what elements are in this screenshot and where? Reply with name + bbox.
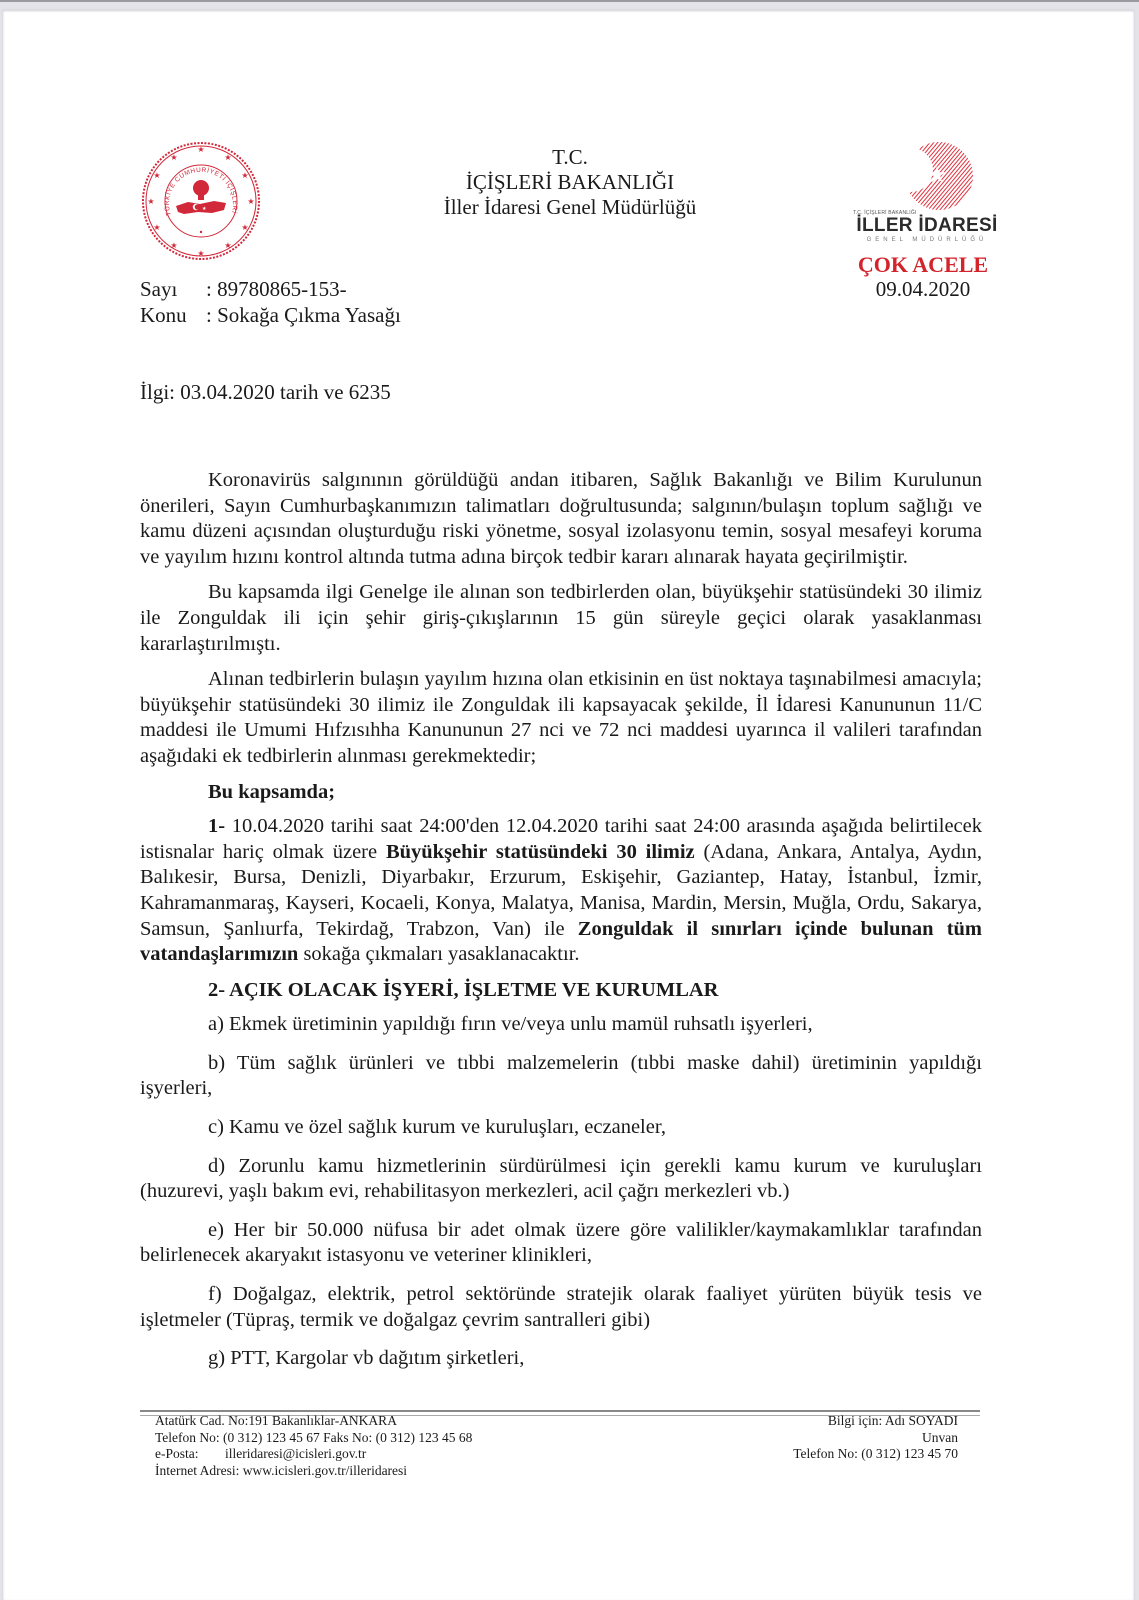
paragraph-4: Bu kapsamda; xyxy=(140,780,982,806)
ministry-seal-icon: ★ ★ ★ ★ ★ ★ ★ ★ ★ ★ ★ ★ TÜRKİYE CUMHURİY… xyxy=(140,140,262,262)
paragraph-3: Alınan tedbirlerin bulaşın yayılım hızın… xyxy=(140,667,982,769)
svg-text:★: ★ xyxy=(197,249,204,258)
svg-text:★: ★ xyxy=(170,153,177,162)
item-1-bold-a: Büyükşehir statüsündeki 30 ilimiz xyxy=(386,841,695,863)
item-1-number: 1- xyxy=(208,815,225,837)
urgency-label: ÇOK ACELE xyxy=(838,252,1008,278)
list-item: f) Doğalgaz, elektrik, petrol sektöründe… xyxy=(140,1282,982,1333)
paragraph-2: Bu kapsamda ilgi Genelge ile alınan son … xyxy=(140,580,982,657)
sayi-row: Sayı: 89780865-153- xyxy=(140,276,401,302)
konu-row: Konu: Sokağa Çıkma Yasağı xyxy=(140,302,401,328)
list-item: g) PTT, Kargolar vb dağıtım şirketleri, xyxy=(140,1346,982,1372)
list-item: a) Ekmek üretiminin yapıldığı fırın ve/v… xyxy=(140,1012,982,1038)
svg-text:★: ★ xyxy=(224,153,231,162)
svg-text:★: ★ xyxy=(247,197,254,206)
svg-text:★: ★ xyxy=(197,145,204,154)
letterhead: T.C. İÇİŞLERİ BAKANLIĞI İller İdaresi Ge… xyxy=(420,145,720,220)
svg-text:★: ★ xyxy=(241,223,248,232)
document-meta: Sayı: 89780865-153- Konu: Sokağa Çıkma Y… xyxy=(140,276,401,328)
list-item: e) Her bir 50.000 nüfusa bir adet olmak … xyxy=(140,1218,982,1269)
footer-email-row: e-Posta:illeridaresi@icisleri.gov.tr xyxy=(155,1446,472,1463)
document-date: 09.04.2020 xyxy=(838,277,1008,302)
svg-text:★: ★ xyxy=(224,241,231,250)
footer-email-label: e-Posta: xyxy=(155,1446,225,1463)
paragraph-1: Koronavirüs salgınının görüldüğü andan i… xyxy=(140,468,982,570)
svg-text:★: ★ xyxy=(147,197,154,206)
sayi-label: Sayı xyxy=(140,276,206,302)
konu-label: Konu xyxy=(140,302,206,328)
svg-text:★: ★ xyxy=(202,206,207,212)
svg-text:★: ★ xyxy=(153,223,160,232)
logo-main-text: İLLER İDARESİ xyxy=(853,216,1001,236)
footer-info-name: Bilgi için: Adı SOYADI xyxy=(700,1413,958,1430)
svg-text:★: ★ xyxy=(241,171,248,180)
window-top-border xyxy=(0,0,1139,2)
footer-info-phone: Telefon No: (0 312) 123 45 70 xyxy=(700,1446,958,1463)
svg-text:★: ★ xyxy=(170,241,177,250)
svg-text:★: ★ xyxy=(153,171,160,180)
footer-phone-fax: Telefon No: (0 312) 123 45 67 Faks No: (… xyxy=(155,1430,472,1447)
header-tc: T.C. xyxy=(420,145,720,170)
item-1-text-c: sokağa çıkmaları yasaklanacaktır. xyxy=(298,943,579,965)
sayi-value: : 89780865-153- xyxy=(206,277,347,301)
reference-line: İlgi: 03.04.2020 tarih ve 6235 xyxy=(140,380,391,405)
footer-address: Atatürk Cad. No:191 Bakanlıklar-ANKARA xyxy=(155,1413,472,1430)
footer-info: Bilgi için: Adı SOYADI Unvan Telefon No:… xyxy=(700,1413,958,1463)
item-1: 1- 10.04.2020 tarihi saat 24:00'den 12.0… xyxy=(140,814,982,968)
footer-info-title: Unvan xyxy=(700,1430,958,1447)
footer-email[interactable]: illeridaresi@icisleri.gov.tr xyxy=(225,1446,366,1461)
list-item: b) Tüm sağlık ürünleri ve tıbbi malzemel… xyxy=(140,1051,982,1102)
footer-web[interactable]: İnternet Adresi: www.icisleri.gov.tr/ill… xyxy=(155,1463,472,1480)
iller-idaresi-brand: T.C. İÇİŞLERİ BAKANLIĞI İLLER İDARESİ GE… xyxy=(853,210,1001,244)
header-ministry: İÇİŞLERİ BAKANLIĞI xyxy=(420,170,720,195)
list-item: d) Zorunlu kamu hizmetlerinin sürdürülme… xyxy=(140,1154,982,1205)
document-body: Koronavirüs salgınının görüldüğü andan i… xyxy=(140,468,982,1385)
list-item: c) Kamu ve özel sağlık kurum ve kuruluşl… xyxy=(140,1115,982,1141)
section-2-title: 2- AÇIK OLACAK İŞYERİ, İŞLETME VE KURUML… xyxy=(140,978,982,1004)
logo-sub-text: GENEL MÜDÜRLÜĞÜ xyxy=(853,236,1001,244)
svg-text:★: ★ xyxy=(927,162,947,187)
footer-contact: Atatürk Cad. No:191 Bakanlıklar-ANKARA T… xyxy=(155,1413,472,1479)
header-directorate: İller İdaresi Genel Müdürlüğü xyxy=(420,195,720,220)
konu-value: : Sokağa Çıkma Yasağı xyxy=(206,303,401,327)
